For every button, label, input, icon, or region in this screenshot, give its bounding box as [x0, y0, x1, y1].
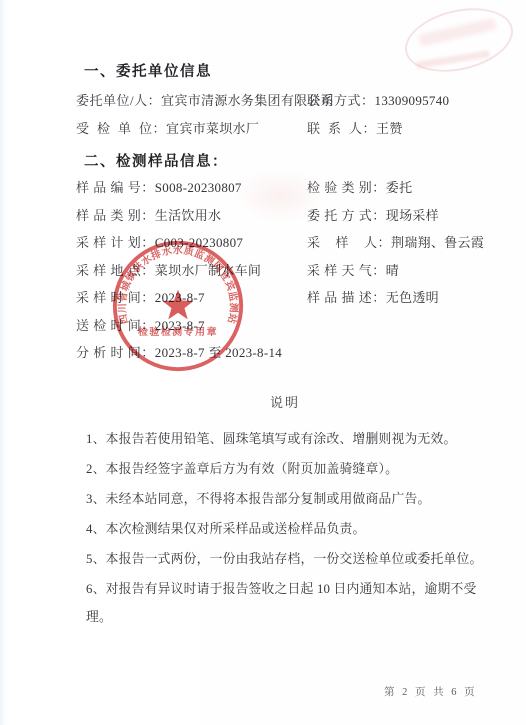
field-label: 样 品 描 述： [307, 287, 386, 306]
note-item: 6、对报告有异议时请于报告签收之日起 10 日内通知本站，逾期不受理。 [86, 575, 484, 631]
field-label: 联 系 人： [307, 118, 376, 137]
field-value: 无色透明 [386, 287, 439, 306]
field-value: 现场采样 [386, 205, 439, 224]
note-item: 3、未经本站同意，不得将本报告部分复制或用做商品广告。 [86, 485, 484, 513]
notes-title: 说明 [86, 392, 484, 411]
field-value: 晴 [386, 260, 399, 279]
official-seal: 四川省城镇供水排水水质监测网宜宾监测站 检验检测专用章 [110, 238, 246, 374]
star-icon [162, 289, 193, 319]
field-client: 委托单位/人：宜宾市清源水务集团有限公司 [76, 90, 307, 109]
page-number: 第 2 页 共 6 页 [384, 684, 477, 699]
ghost-seal-mark [232, 166, 328, 224]
section1-rows: 委托单位/人：宜宾市清源水务集团有限公司 联系方式：13309095740 受 … [76, 90, 496, 145]
note-item: 4、本次检测结果仅对所采样品或送检样品负责。 [86, 515, 484, 543]
field-value: S008-20230807 [155, 180, 242, 196]
field-label: 采 样 天 气： [307, 260, 386, 279]
field-value: 荆瑞翔、鲁云霞 [391, 232, 484, 251]
field-value: 宜宾市菜坝水厂 [166, 118, 259, 137]
section2-title: 二、检测样品信息： [84, 150, 228, 171]
field-contact-phone: 联系方式：13309095740 [307, 90, 496, 109]
field-label: 受 检 单 位： [76, 118, 166, 137]
info-row: 委托单位/人：宜宾市清源水务集团有限公司 联系方式：13309095740 [76, 90, 496, 118]
field-inspected-unit: 受 检 单 位：宜宾市菜坝水厂 [76, 118, 307, 137]
field-label: 样 品 编 号： [76, 177, 155, 196]
seal-arc-text: 四川省城镇供水排水水质监测网宜宾监测站 [116, 243, 241, 325]
field-value: 13309095740 [375, 93, 450, 109]
field-value: 委托 [386, 177, 413, 196]
field-label: 采 样 人： [307, 232, 391, 251]
field-entrust-mode: 委 托 方 式：现场采样 [307, 205, 496, 224]
field-weather: 采 样 天 气：晴 [307, 260, 496, 279]
section1-title: 一、委托单位信息 [84, 60, 212, 81]
field-value: 生活饮用水 [155, 205, 222, 224]
field-label: 样 品 类 别： [76, 205, 155, 224]
note-item: 5、本报告一式两份，一份由我站存档，一份交送检单位或委托单位。 [86, 545, 484, 573]
faint-stamp [399, 0, 520, 82]
field-label: 联系方式： [307, 90, 375, 109]
note-item: 1、本报告若使用铅笔、圆珠笔填写或有涂改、增删则视为无效。 [86, 425, 484, 453]
seal-label: 检验检测专用章 [138, 325, 218, 338]
notes-section: 说明 1、本报告若使用铅笔、圆珠笔填写或有涂改、增删则视为无效。 2、本报告经签… [86, 392, 484, 633]
field-sample-description: 样 品 描 述：无色透明 [307, 287, 496, 306]
info-row: 受 检 单 位：宜宾市菜坝水厂 联 系 人：王赞 [76, 118, 496, 146]
faint-stamp-smudge [418, 18, 497, 47]
report-page: 一、委托单位信息 委托单位/人：宜宾市清源水务集团有限公司 联系方式：13309… [0, 0, 526, 725]
note-item: 2、本报告经签字盖章后方为有效（附页加盖骑缝章）。 [86, 455, 484, 483]
svg-text:四川省城镇供水排水水质监测网宜宾监测站: 四川省城镇供水排水水质监测网宜宾监测站 [116, 243, 241, 325]
field-contact-person: 联 系 人：王赞 [307, 118, 496, 137]
field-value: 王赞 [376, 118, 403, 137]
field-test-category: 检 验 类 别：委托 [307, 177, 496, 196]
field-label: 委托单位/人： [76, 90, 161, 109]
field-samplers: 采 样 人：荆瑞翔、鲁云霞 [307, 232, 496, 251]
